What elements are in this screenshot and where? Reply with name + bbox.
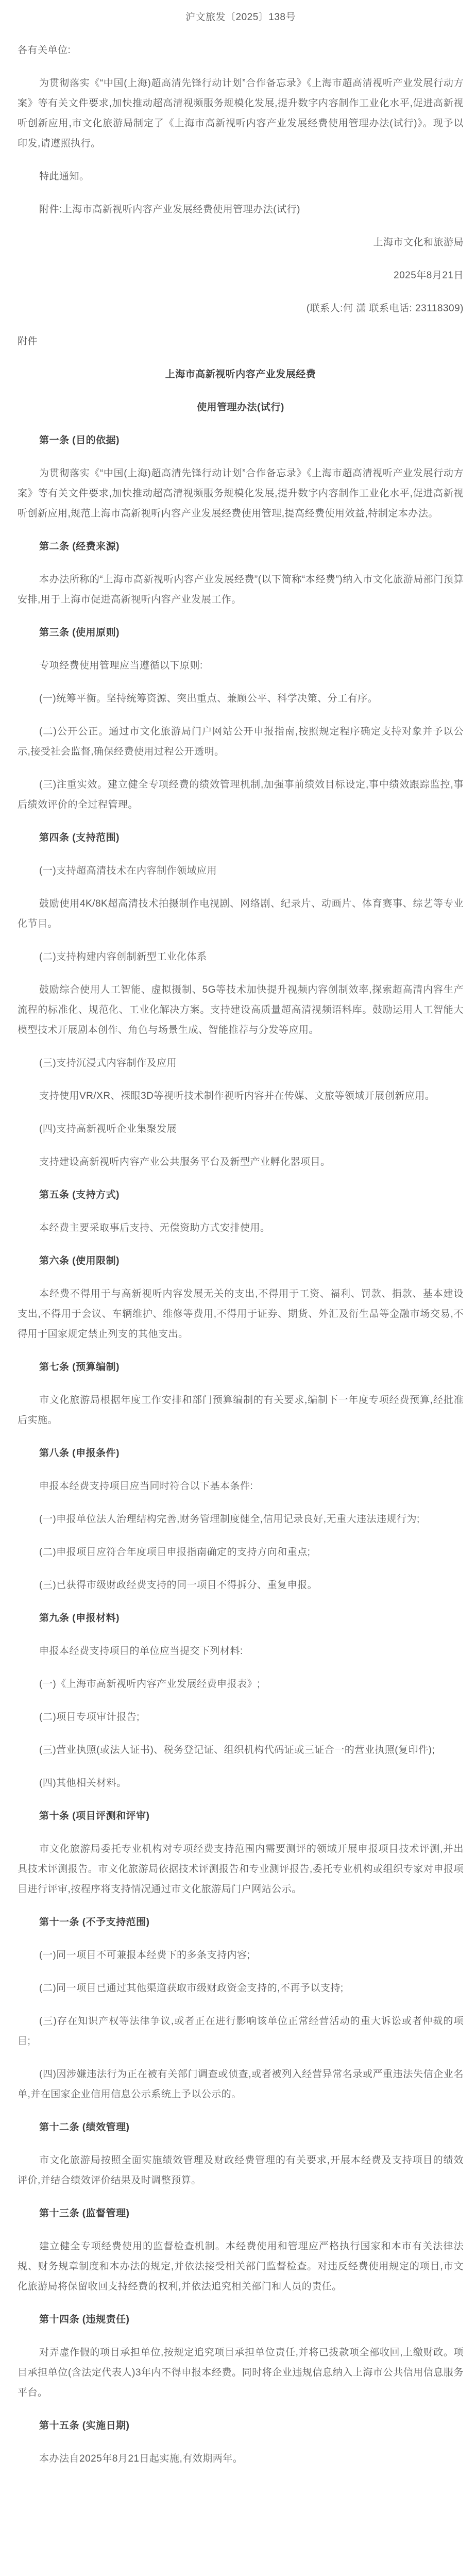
article-heading: 第十三条 (监督管理)	[18, 2203, 464, 2223]
list-item: (四)其他相关材料。	[18, 1773, 464, 1793]
list-item: (三)存在知识产权等法律争议,或者正在进行影响该单位正常经营活动的重大诉讼或者仲…	[18, 2011, 464, 2051]
article-heading: 第十一条 (不予支持范围)	[18, 1912, 464, 1932]
article-heading: 第九条 (申报材料)	[18, 1608, 464, 1628]
article-heading: 第三条 (使用原则)	[18, 623, 464, 643]
article-heading: 第二条 (经费来源)	[18, 537, 464, 557]
article-paragraph: 建立健全专项经费使用的监督检查机制。本经费使用和管理应严格执行国家和本市有关法律…	[18, 2236, 464, 2297]
document-body: 沪文旅发〔2025〕138号各有关单位:为贯彻落实《“中国(上海)超高清先锋行动…	[0, 0, 476, 2576]
issuer: 上海市文化和旅游局	[18, 232, 464, 253]
article-paragraph: 支持建设高新视听内容产业公共服务平台及新型产业孵化器项目。	[18, 1152, 464, 1172]
issue-date: 2025年8月21日	[18, 265, 464, 286]
article-heading: 第五条 (支持方式)	[18, 1185, 464, 1205]
list-item: (一)同一项目不可兼报本经费下的多条支持内容;	[18, 1945, 464, 1965]
list-item: (三)支持沉浸式内容制作及应用	[18, 1053, 464, 1073]
list-item: (三)已获得市级财政经费支持的同一项目不得拆分、重复申报。	[18, 1575, 464, 1595]
article-heading: 第十五条 (实施日期)	[18, 2416, 464, 2436]
list-item: (三)营业执照(或法人证书)、税务登记证、组织机构代码证或三证合一的营业执照(复…	[18, 1740, 464, 1760]
article-paragraph: 支持使用VR/XR、裸眼3D等视听技术制作视听内容并在传媒、文旅等领域开展创新应…	[18, 1086, 464, 1106]
article-heading: 第十四条 (违规责任)	[18, 2310, 464, 2330]
article-heading: 第十二条 (绩效管理)	[18, 2117, 464, 2137]
article-paragraph: 鼓励使用4K/8K超高清技术拍摄制作电视剧、网络剧、纪录片、动画片、体育赛事、综…	[18, 894, 464, 934]
article-paragraph: 对弄虚作假的项目承担单位,按规定追究项目承担单位责任,并将已拨款项全部收回,上缴…	[18, 2343, 464, 2403]
contact-info: (联系人:何 潇 联系电话: 23118309)	[18, 298, 464, 319]
notice-paragraph: 特此通知。	[18, 166, 464, 187]
article-paragraph: 申报本经费支持项目应当同时符合以下基本条件:	[18, 1476, 464, 1496]
article-paragraph: 为贯彻落实《“中国(上海)超高清先锋行动计划”合作备忘录》《上海市超高清视听产业…	[18, 463, 464, 524]
list-item: (二)同一项目已通过其他渠道获取市级财政资金支持的,不再予以支持;	[18, 1978, 464, 1998]
article-paragraph: 市文化旅游局委托专业机构对专项经费支持范围内需要测评的领域开展申报项目技术评测,…	[18, 1839, 464, 1899]
article-heading: 第四条 (支持范围)	[18, 828, 464, 848]
attachment-ref: 附件:上海市高新视听内容产业发展经费使用管理办法(试行)	[18, 199, 464, 220]
list-item: (二)申报项目应符合年度项目申报指南确定的支持方向和重点;	[18, 1542, 464, 1562]
list-item: (一)统筹平衡。坚持统筹资源、突出重点、兼顾公平、科学决策、分工有序。	[18, 689, 464, 709]
article-paragraph: 本经费主要采取事后支持、无偿资助方式安排使用。	[18, 1218, 464, 1238]
article-paragraph: 鼓励综合使用人工智能、虚拟摄制、5G等技术加快提升视频内容创制效率,探索超高清内…	[18, 980, 464, 1040]
list-item: (一)申报单位法人治理结构完善,财务管理制度健全,信用记录良好,无重大违法违规行…	[18, 1509, 464, 1529]
list-item: (二)支持构建内容创制新型工业化体系	[18, 947, 464, 967]
doc-title-line-1: 上海市高新视听内容产业发展经费	[18, 364, 464, 384]
article-heading: 第八条 (申报条件)	[18, 1443, 464, 1463]
article-paragraph: 申报本经费支持项目的单位应当提交下列材料:	[18, 1641, 464, 1661]
list-item: (四)因涉嫌违法行为正在被有关部门调查或侦查,或者被列入经营异常名录或严重违法失…	[18, 2064, 464, 2104]
article-heading: 第十条 (项目评测和评审)	[18, 1806, 464, 1826]
list-item: (一)《上海市高新视听内容产业发展经费申报表》;	[18, 1674, 464, 1694]
doc-number: 沪文旅发〔2025〕138号	[18, 7, 464, 27]
article-heading: 第六条 (使用限制)	[18, 1251, 464, 1271]
article-paragraph: 专项经费使用管理应当遵循以下原则:	[18, 656, 464, 676]
article-paragraph: 市文化旅游局按照全面实施绩效管理及财政经费管理的有关要求,开展本经费及支持项目的…	[18, 2150, 464, 2190]
doc-title-line-2: 使用管理办法(试行)	[18, 397, 464, 417]
list-item: (二)项目专项审计报告;	[18, 1707, 464, 1727]
list-item: (一)支持超高清技术在内容制作领域应用	[18, 861, 464, 881]
article-paragraph: 本经费不得用于与高新视听内容发展无关的支出,不得用于工资、福利、罚款、捐款、基本…	[18, 1284, 464, 1344]
article-heading: 第七条 (预算编制)	[18, 1357, 464, 1377]
list-item: (四)支持高新视听企业集聚发展	[18, 1119, 464, 1139]
article-paragraph: 市文化旅游局根据年度工作安排和部门预算编制的有关要求,编制下一年度专项经费预算,…	[18, 1390, 464, 1430]
list-item: (二)公开公正。通过市文化旅游局门户网站公开申报指南,按照规定程序确定支持对象并…	[18, 722, 464, 762]
list-item: (三)注重实效。建立健全专项经费的绩效管理机制,加强事前绩效目标设定,事中绩效跟…	[18, 775, 464, 815]
article-heading: 第一条 (目的依据)	[18, 430, 464, 450]
article-paragraph: 本办法自2025年8月21日起实施,有效期两年。	[18, 2449, 464, 2469]
salutation: 各有关单位:	[18, 40, 464, 60]
article-paragraph: 本办法所称的“上海市高新视听内容产业发展经费”(以下简称“本经费”)纳入市文化旅…	[18, 570, 464, 610]
notice-paragraph: 为贯彻落实《“中国(上海)超高清先锋行动计划”合作备忘录》《上海市超高清视听产业…	[18, 73, 464, 154]
attachment-label: 附件	[18, 331, 464, 352]
